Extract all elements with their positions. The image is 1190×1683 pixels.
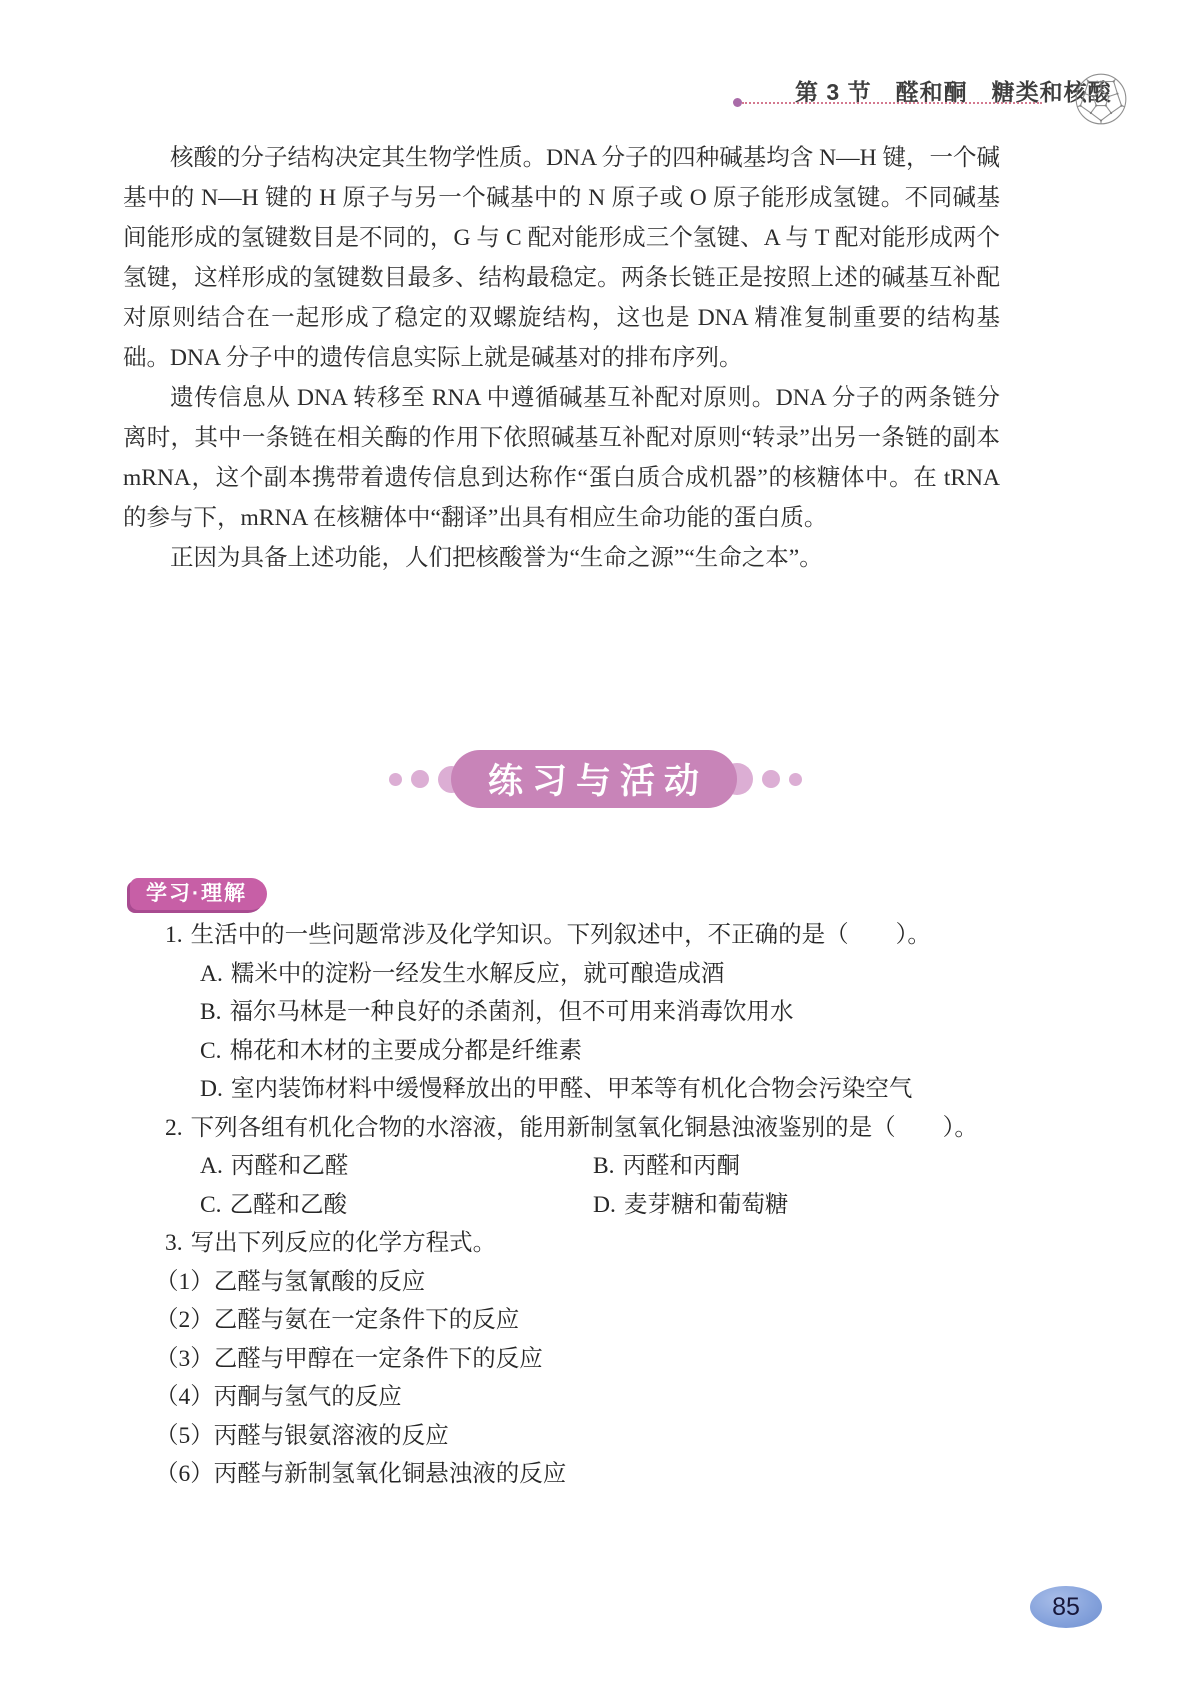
option-text: 乙醛和乙酸	[230, 1192, 348, 1218]
option-label: C.	[200, 1192, 222, 1218]
banner-dot-icon	[789, 773, 802, 786]
option-text: 丙醛和丙酮	[623, 1153, 741, 1179]
textbook-page: 第 3 节 醛和酮 糖类和核酸	[0, 0, 1190, 1683]
question-3-subitem-3: （3）乙醛与甲醇在一定条件下的反应	[155, 1340, 1043, 1379]
banner-dot-icon	[411, 770, 429, 788]
option-label: A.	[200, 961, 223, 987]
option-text: 丙醛和乙醛	[231, 1153, 349, 1179]
option-label: D.	[200, 1076, 223, 1102]
option-label: B.	[200, 999, 222, 1025]
paragraph-transcription: 遗传信息从 DNA 转移至 RNA 中遵循碱基互补配对原则。DNA 分子的两条链…	[123, 378, 1000, 538]
fullerene-molecule-icon	[1074, 72, 1128, 126]
option-label: C.	[200, 1038, 222, 1064]
question-number: 2.	[165, 1115, 183, 1141]
question-stem: 写出下列反应的化学方程式。	[191, 1230, 497, 1256]
page-number: 85	[1052, 1593, 1080, 1622]
question-2-option-b: B.丙醛和丙酮	[593, 1153, 740, 1179]
question-3: 3.写出下列反应的化学方程式。	[165, 1224, 1043, 1263]
question-3-subitem-6: （6）丙醛与新制氢氧化铜悬浊液的反应	[155, 1455, 1043, 1494]
option-label: A.	[200, 1153, 223, 1179]
exercise-list: 1.生活中的一些问题常涉及化学知识。下列叙述中，不正确的是（ ）。 A.糯米中的…	[123, 916, 1043, 1494]
question-3-subitem-5: （5）丙醛与银氨溶液的反应	[155, 1417, 1043, 1456]
question-number: 3.	[165, 1230, 183, 1256]
question-1-option-b: B.福尔马林是一种良好的杀菌剂，但不可用来消毒饮用水	[200, 993, 1043, 1032]
option-text: 糯米中的淀粉一经发生水解反应，就可酿造成酒	[231, 961, 725, 987]
option-text: 棉花和木材的主要成分都是纤维素	[230, 1038, 583, 1064]
banner-dot-icon	[762, 770, 780, 788]
banner-dot-icon	[389, 773, 402, 786]
exercise-banner: 练习与活动	[0, 744, 1190, 814]
question-1: 1.生活中的一些问题常涉及化学知识。下列叙述中，不正确的是（ ）。	[165, 916, 1043, 955]
question-2-options-row-2: C.乙醛和乙酸D.麦芽糖和葡萄糖	[200, 1186, 1043, 1225]
question-1-option-c: C.棉花和木材的主要成分都是纤维素	[200, 1032, 1043, 1071]
question-2-option-a: A.丙醛和乙醛	[200, 1147, 593, 1186]
paragraph-dna-structure: 核酸的分子结构决定其生物学性质。DNA 分子的四种碱基均含 N—H 键，一个碱基…	[123, 138, 1000, 378]
question-3-subitem-1: （1）乙醛与氢氰酸的反应	[155, 1263, 1043, 1302]
question-3-subitem-4: （4）丙酮与氢气的反应	[155, 1378, 1043, 1417]
option-label: B.	[593, 1153, 615, 1179]
question-1-option-a: A.糯米中的淀粉一经发生水解反应，就可酿造成酒	[200, 955, 1043, 994]
header-dotted-rule	[742, 102, 1042, 104]
question-2-option-c: C.乙醛和乙酸	[200, 1186, 593, 1225]
exercise-banner-title: 练习与活动	[451, 750, 737, 808]
page-header: 第 3 节 醛和酮 糖类和核酸	[0, 0, 1190, 140]
option-text: 室内装饰材料中缓慢释放出的甲醛、甲苯等有机化合物会污染空气	[231, 1076, 913, 1102]
header-dot-ornament	[733, 98, 742, 107]
question-1-option-d: D.室内装饰材料中缓慢释放出的甲醛、甲苯等有机化合物会污染空气	[200, 1070, 1043, 1109]
option-text: 福尔马林是一种良好的杀菌剂，但不可用来消毒饮用水	[230, 999, 794, 1025]
question-2-option-d: D.麦芽糖和葡萄糖	[593, 1192, 788, 1218]
question-3-subitem-2: （2）乙醛与氨在一定条件下的反应	[155, 1301, 1043, 1340]
paragraph-conclusion: 正因为具备上述功能，人们把核酸誉为“生命之源”“生命之本”。	[123, 538, 1000, 578]
question-2: 2.下列各组有机化合物的水溶液，能用新制氢氧化铜悬浊液鉴别的是（ ）。	[165, 1109, 1043, 1148]
page-number-badge: 85	[1030, 1586, 1102, 1628]
question-number: 1.	[165, 922, 183, 948]
question-stem: 生活中的一些问题常涉及化学知识。下列叙述中，不正确的是（ ）。	[191, 922, 931, 948]
question-2-options-row-1: A.丙醛和乙醛B.丙醛和丙酮	[200, 1147, 1043, 1186]
question-stem: 下列各组有机化合物的水溶液，能用新制氢氧化铜悬浊液鉴别的是（ ）。	[191, 1115, 978, 1141]
article-body: 核酸的分子结构决定其生物学性质。DNA 分子的四种碱基均含 N—H 键，一个碱基…	[123, 138, 1000, 578]
option-label: D.	[593, 1192, 616, 1218]
option-text: 麦芽糖和葡萄糖	[624, 1192, 789, 1218]
study-understand-badge: 学习·理解	[130, 878, 267, 910]
